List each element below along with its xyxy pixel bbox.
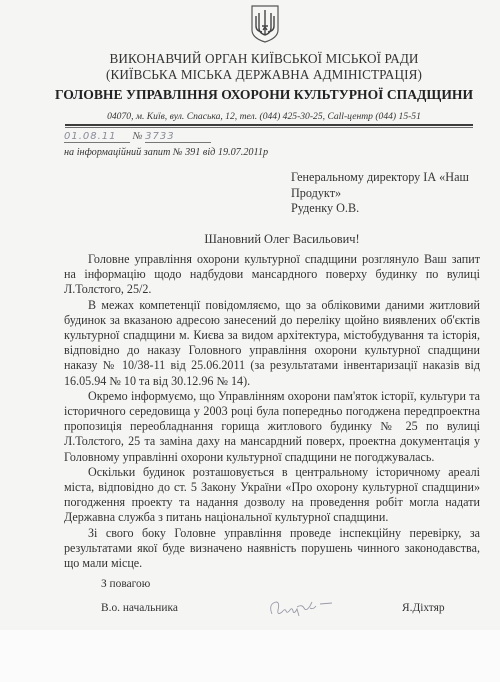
letterhead-rule-thick [65, 124, 473, 126]
number-label: № [133, 131, 143, 142]
body-paragraph: Головне управління охорони культурної сп… [64, 252, 480, 298]
addressee-line2: Продукт» [291, 186, 491, 202]
letterhead-rule-thin [65, 127, 473, 128]
body-paragraph: Окремо інформуємо, що Управлінням охорон… [64, 389, 480, 465]
signer-name: Я.Діхтяр [402, 602, 445, 614]
body-paragraph: Зі свого боку Головне управління проведе… [64, 526, 480, 572]
org-title-line1: ВИКОНАВЧИЙ ОРГАН КИЇВСЬКОЇ МІСЬКОЇ РАДИ [14, 51, 500, 67]
addressee-block: Генеральному директору ІА «Наш Продукт» … [291, 170, 491, 217]
salutation: Шановний Олег Васильович! [32, 232, 500, 247]
body-paragraph: Оскільки будинок розташовується в центра… [64, 465, 480, 526]
outgoing-number: 01.08.11 № 3733 [64, 131, 211, 143]
org-title-line2: (КИЇВСЬКА МІСЬКА ДЕРЖАВНА АДМІНІСТРАЦІЯ) [14, 67, 500, 83]
outgoing-date-field: 01.08.11 [64, 131, 130, 143]
addressee-line1: Генеральному директору ІА «Наш [291, 170, 491, 186]
letterhead-address: 04070, м. Київ, вул. Спаська, 12, тел. (… [14, 111, 500, 122]
body-paragraph: В межах компетенції повідомляємо, що за … [64, 298, 480, 389]
letter-body: Головне управління охорони культурної сп… [64, 252, 480, 571]
request-reference: на інформаційний запит № 391 від 19.07.2… [64, 147, 268, 158]
signer-position: В.о. начальника [101, 602, 178, 614]
coat-of-arms-icon [250, 4, 280, 44]
outgoing-number-field: 3733 [145, 131, 211, 143]
signature-icon [266, 596, 336, 620]
closing: З повагою [101, 578, 150, 590]
department-title: ГОЛОВНЕ УПРАВЛІННЯ ОХОРОНИ КУЛЬТУРНОЇ СП… [14, 87, 500, 103]
outgoing-date: 01.08.11 [64, 131, 117, 142]
outgoing-number-value: 3733 [145, 131, 174, 142]
addressee-line3: Руденку О.В. [291, 201, 491, 217]
scanned-letter-page: ВИКОНАВЧИЙ ОРГАН КИЇВСЬКОЇ МІСЬКОЇ РАДИ … [0, 0, 500, 630]
